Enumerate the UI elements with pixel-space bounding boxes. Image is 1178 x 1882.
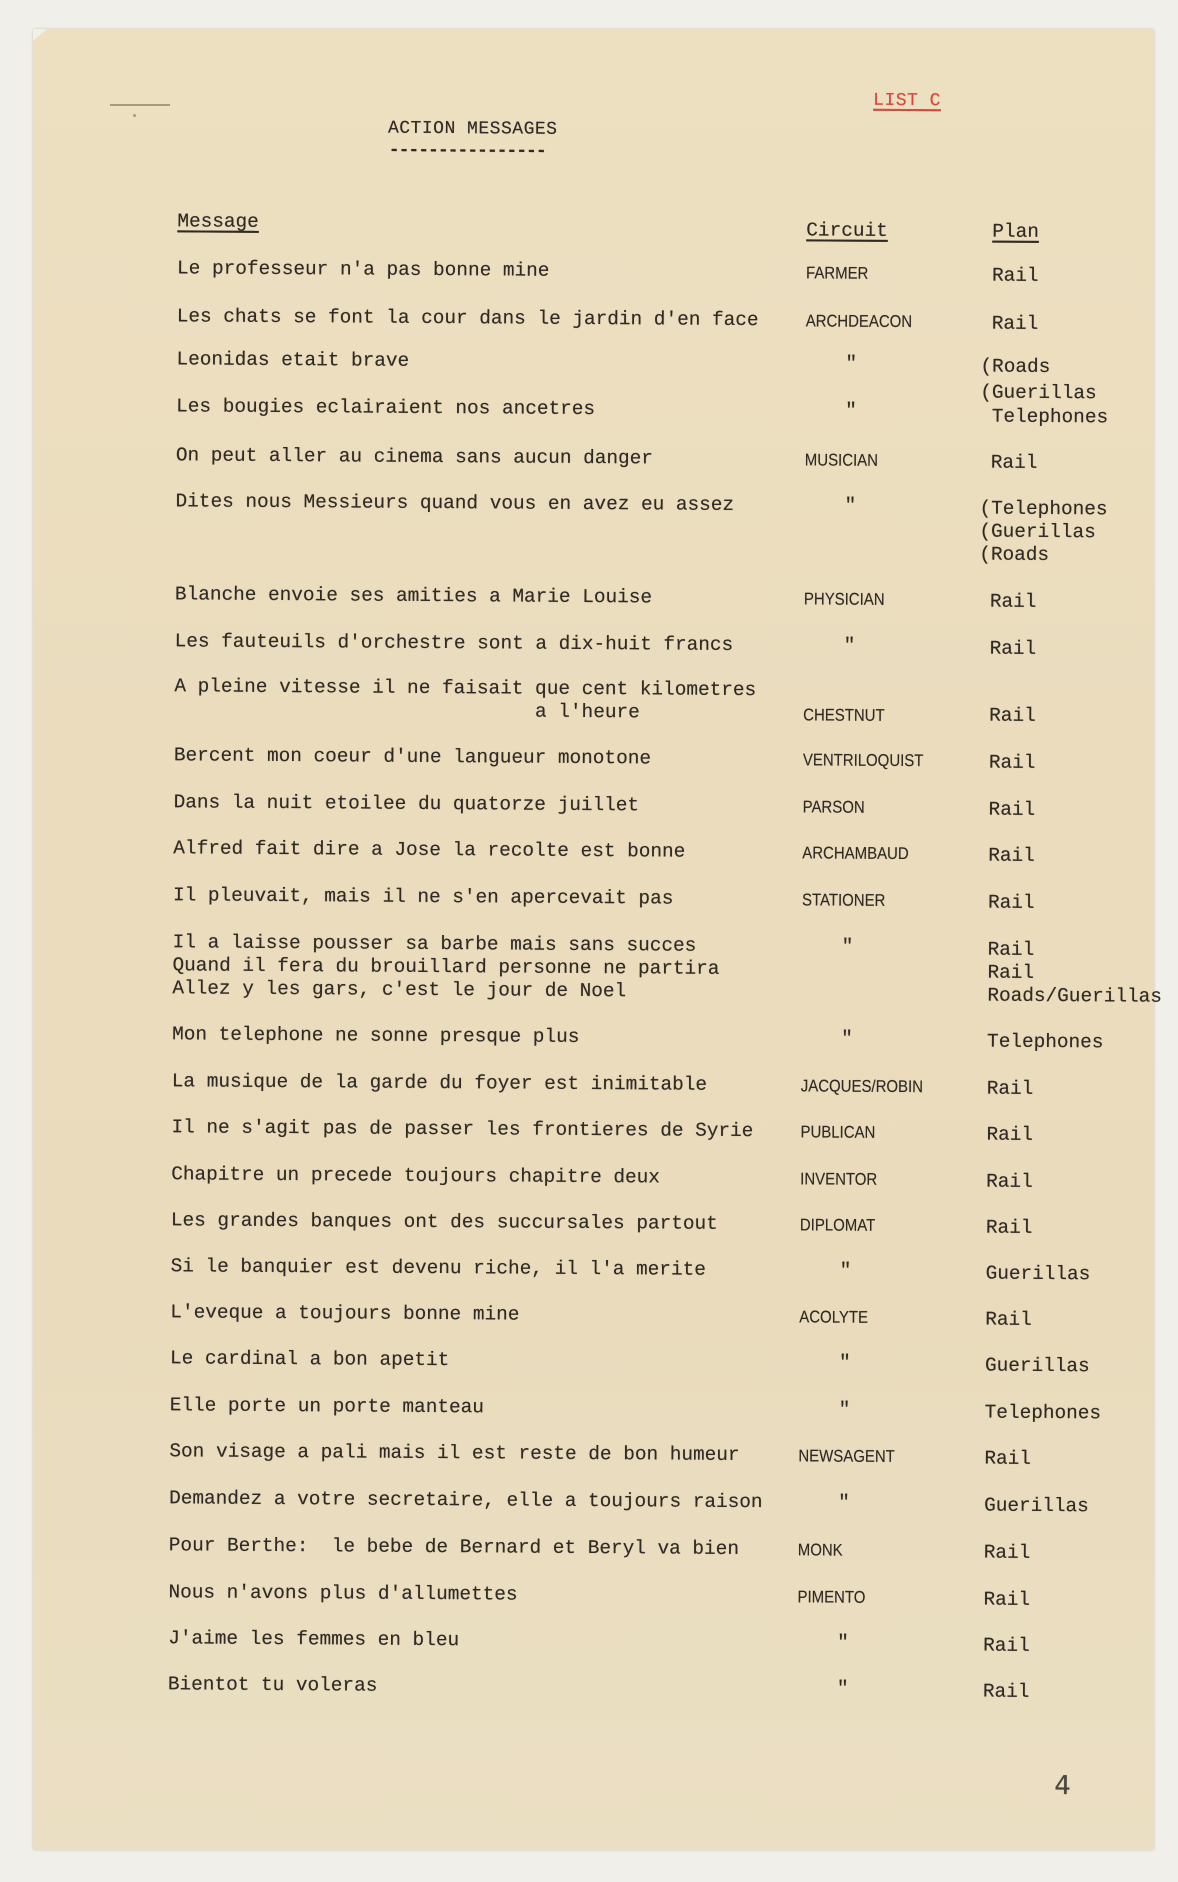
message-cell: Il pleuvait, mais il ne s'en apercevait … xyxy=(173,884,674,910)
plan-cell: Guerillas xyxy=(984,1495,1089,1519)
plan-cell: Rail xyxy=(983,1589,1030,1612)
message-cell: Si le banquier est devenu riche, il l'a … xyxy=(171,1255,706,1281)
message-cell: Les grandes banques ont des succursales … xyxy=(171,1209,718,1236)
circuit-cell: PARSON xyxy=(803,795,865,818)
column-header-plan: Plan xyxy=(992,221,1039,244)
plan-cell: Telephones xyxy=(987,1031,1104,1055)
plan-cell: Rail xyxy=(988,939,1035,962)
circuit-cell: DIPLOMAT xyxy=(800,1213,876,1236)
message-cell: Il ne s'agit pas de passer les frontiere… xyxy=(171,1116,753,1143)
message-cell: Son visage a pali mais il est reste de b… xyxy=(169,1440,739,1467)
table-row: Mon telephone ne sonne presque plus"Tele… xyxy=(6,0,1178,4)
plan-cell: Rail xyxy=(989,799,1036,822)
table-row: J'aime les femmes en bleu"Rail xyxy=(6,0,1178,4)
title-underline: ---------------- xyxy=(389,140,546,164)
plan-cell: Rail xyxy=(985,1309,1032,1332)
plan-cell: Rail xyxy=(990,591,1037,614)
circuit-cell: PHYSICIAN xyxy=(804,587,885,611)
message-cell: Les fauteuils d'orchestre sont a dix-hui… xyxy=(175,630,734,657)
message-cell: Leonidas etait brave xyxy=(176,348,409,373)
table-row: Le professeur n'a pas bonne mineFARMERRa… xyxy=(6,0,1178,4)
plan-cell: Rail xyxy=(988,892,1035,915)
ditto-mark: " xyxy=(845,353,857,376)
plan-cell: Guerillas xyxy=(986,1263,1091,1287)
circuit-cell: JACQUES/ROBIN xyxy=(801,1074,923,1098)
message-cell: Bientot tu voleras xyxy=(168,1673,378,1697)
circuit-cell: STATIONER xyxy=(802,888,886,912)
table-row: Les fauteuils d'orchestre sont a dix-hui… xyxy=(6,0,1178,4)
plan-cell: (Guerillas xyxy=(980,382,1097,406)
ditto-mark: " xyxy=(837,1632,849,1655)
page-number: 4 xyxy=(1054,1775,1071,1798)
message-table: Le professeur n'a pas bonne mineFARMERRa… xyxy=(6,0,1178,4)
circuit-cell: NEWSAGENT xyxy=(798,1444,895,1468)
plan-cell: Rail xyxy=(987,962,1034,985)
circuit-cell: FARMER xyxy=(806,261,868,284)
message-cell: Le cardinal a bon apetit xyxy=(170,1347,449,1372)
column-header-message: Message xyxy=(177,210,259,234)
ditto-mark: " xyxy=(842,936,854,959)
message-cell: Elle porte un porte manteau xyxy=(170,1394,484,1419)
table-row: Elle porte un porte manteau"Telephones xyxy=(6,0,1178,4)
message-cell-continued: a l'heure xyxy=(535,701,640,725)
plan-cell: Roads/Guerillas xyxy=(987,985,1162,1009)
plan-cell: Guerillas xyxy=(985,1355,1090,1379)
table-row: Le cardinal a bon apetit"Guerillas xyxy=(6,0,1178,4)
message-cell: Demandez a votre secretaire, elle a touj… xyxy=(169,1487,763,1514)
message-cell: Mon telephone ne sonne presque plus xyxy=(172,1023,579,1049)
plan-cell: Rail xyxy=(989,705,1036,728)
table-row: On peut aller au cinema sans aucun dange… xyxy=(6,0,1178,4)
message-cell: Dans la nuit etoilee du quatorze juillet xyxy=(174,791,640,817)
circuit-cell: CHESTNUT xyxy=(803,703,885,727)
message-cell: A pleine vitesse il ne faisait que cent … xyxy=(174,675,756,702)
plan-cell: Rail xyxy=(986,1124,1033,1147)
ditto-mark: " xyxy=(839,1399,851,1422)
message-cell: Les chats se font la cour dans le jardin… xyxy=(177,305,759,332)
message-cell: Bercent mon coeur d'une langueur monoton… xyxy=(174,744,651,770)
plan-cell: Rail xyxy=(990,638,1037,661)
table-row: Dites nous Messieurs quand vous en avez … xyxy=(6,0,1178,4)
table-row: Allez y les gars, c'est le jour de NoelR… xyxy=(6,0,1178,4)
message-cell: Dites nous Messieurs quand vous en avez … xyxy=(175,490,734,517)
plan-cell: Rail xyxy=(986,1217,1033,1240)
table-row: Les chats se font la cour dans le jardin… xyxy=(6,0,1178,4)
message-cell: L'eveque a toujours bonne mine xyxy=(170,1301,519,1326)
list-label: LIST C xyxy=(873,90,941,113)
table-row: Dans la nuit etoilee du quatorze juillet… xyxy=(6,0,1178,4)
plan-cell: Rail xyxy=(984,1448,1031,1471)
table-row: Bientot tu voleras"Rail xyxy=(6,0,1178,4)
plan-cell: (Roads xyxy=(979,544,1049,567)
circuit-cell: PIMENTO xyxy=(797,1585,865,1608)
document-content: LIST C ACTION MESSAGES ---------------- … xyxy=(0,0,1178,1882)
table-row: Blanche envoie ses amities a Marie Louis… xyxy=(6,0,1178,4)
message-cell: Il a laisse pousser sa barbe mais sans s… xyxy=(173,931,697,957)
message-cell: Le professeur n'a pas bonne mine xyxy=(177,257,550,282)
table-row: Son visage a pali mais il est reste de b… xyxy=(6,0,1178,4)
table-row: A pleine vitesse il ne faisait que cent … xyxy=(6,0,1178,4)
ditto-mark: " xyxy=(845,400,857,423)
table-row: Pour Berthe: le bebe de Bernard et Beryl… xyxy=(6,0,1178,4)
table-row: Quand il fera du brouillard personne ne … xyxy=(6,0,1178,4)
plan-cell: Rail xyxy=(992,265,1039,288)
table-row: Leonidas etait brave"(Roads xyxy=(6,0,1178,4)
ditto-mark: " xyxy=(844,635,856,658)
table-row: Demandez a votre secretaire, elle a touj… xyxy=(6,0,1178,4)
plan-cell: Telephones xyxy=(985,1402,1102,1426)
circuit-cell: INVENTOR xyxy=(800,1167,877,1190)
page-title: ACTION MESSAGES xyxy=(388,118,558,142)
message-cell: La musique de la garde du foyer est inim… xyxy=(172,1070,707,1096)
table-row: Alfred fait dire a Jose la recolte est b… xyxy=(6,0,1178,4)
ditto-mark: " xyxy=(840,1260,852,1283)
circuit-cell: MONK xyxy=(798,1538,843,1561)
table-row: Il pleuvait, mais il ne s'en apercevait … xyxy=(6,0,1178,4)
table-row: L'eveque a toujours bonne mineACOLYTERai… xyxy=(6,0,1178,4)
ditto-mark: " xyxy=(838,1492,850,1515)
circuit-cell: ARCHDEACON xyxy=(806,309,913,333)
table-row: Si le banquier est devenu riche, il l'a … xyxy=(6,0,1178,4)
message-cell: Pour Berthe: le bebe de Bernard et Beryl… xyxy=(169,1534,739,1561)
column-header-circuit: Circuit xyxy=(806,219,888,243)
message-cell: Blanche envoie ses amities a Marie Louis… xyxy=(175,583,652,609)
plan-cell: Telephones xyxy=(980,406,1108,430)
table-row: Bercent mon coeur d'une langueur monoton… xyxy=(6,0,1178,4)
message-cell: Nous n'avons plus d'allumettes xyxy=(168,1581,517,1606)
plan-cell: (Roads xyxy=(980,356,1050,379)
plan-cell: Rail xyxy=(989,752,1036,775)
plan-cell: Rail xyxy=(992,313,1039,336)
circuit-cell: VENTRILOQUIST xyxy=(803,748,924,772)
message-cell: J'aime les femmes en bleu xyxy=(168,1627,459,1652)
message-cell: On peut aller au cinema sans aucun dange… xyxy=(176,444,653,470)
circuit-cell: ARCHAMBAUD xyxy=(802,841,909,865)
table-row: Il ne s'agit pas de passer les frontiere… xyxy=(6,0,1178,4)
ditto-mark: " xyxy=(839,1352,851,1375)
plan-cell: Rail xyxy=(991,452,1038,475)
plan-cell: Rail xyxy=(986,1171,1033,1194)
message-cell: Allez y les gars, c'est le jour de Noel xyxy=(172,977,626,1003)
circuit-cell: MUSICIAN xyxy=(805,448,878,471)
circuit-cell: ACOLYTE xyxy=(799,1305,868,1328)
plan-cell: Rail xyxy=(987,1078,1034,1101)
ditto-mark: " xyxy=(844,495,856,518)
table-row: La musique de la garde du foyer est inim… xyxy=(6,0,1178,4)
plan-cell: (Guerillas xyxy=(979,521,1096,545)
table-row: Il a laisse pousser sa barbe mais sans s… xyxy=(6,0,1178,4)
table-row: Les bougies eclairaient nos ancetres"(Gu… xyxy=(6,0,1178,4)
ditto-mark: " xyxy=(841,1028,853,1051)
table-row: Les grandes banques ont des succursales … xyxy=(6,0,1178,4)
plan-cell: Rail xyxy=(984,1542,1031,1565)
plan-cell: Rail xyxy=(988,845,1035,868)
message-cell: Les bougies eclairaient nos ancetres xyxy=(176,395,595,421)
circuit-cell: PUBLICAN xyxy=(800,1120,875,1143)
ditto-mark: " xyxy=(837,1678,849,1701)
plan-cell: Rail xyxy=(983,1681,1030,1704)
message-cell: Chapitre un precede toujours chapitre de… xyxy=(171,1163,660,1189)
table-row: Chapitre un precede toujours chapitre de… xyxy=(6,0,1178,4)
message-cell: Alfred fait dire a Jose la recolte est b… xyxy=(173,837,685,863)
plan-cell: Rail xyxy=(983,1635,1030,1658)
table-row: Nous n'avons plus d'allumettesPIMENTORai… xyxy=(6,0,1178,4)
plan-cell: (Telephones xyxy=(979,498,1107,522)
